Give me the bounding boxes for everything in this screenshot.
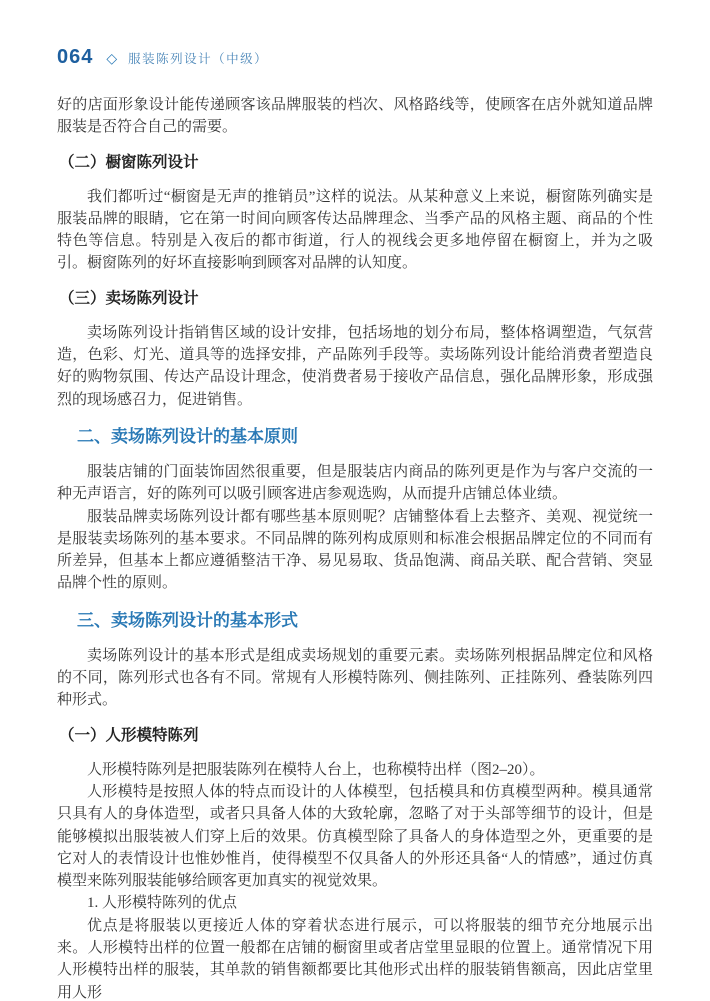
- sub-heading: （三）卖场陈列设计: [57, 288, 653, 309]
- section-heading: 三、卖场陈列设计的基本形式: [57, 609, 653, 632]
- body-paragraph: 服装店铺的门面装饰固然很重要，但是服装店内商品的陈列更是作为与客户交流的一种无声…: [57, 461, 653, 506]
- diamond-icon: ◇: [106, 51, 117, 65]
- body-paragraph: 服装品牌卖场陈列设计都有哪些基本原则呢？店铺整体看上去整齐、美观、视觉统一是服装…: [57, 506, 653, 595]
- body-paragraph: 好的店面形象设计能传递顾客该品牌服装的档次、风格路线等，使顾客在店外就知道品牌服…: [57, 94, 653, 139]
- sub-heading: （一）人形模特陈列: [57, 725, 653, 746]
- book-title: 服装陈列设计（中级）: [128, 49, 268, 67]
- body-paragraph: 优点是将服装以更接近人体的穿着状态进行展示，可以将服装的细节充分地展示出来。人形…: [57, 915, 653, 1001]
- numbered-heading: 1. 人形模特陈列的优点: [57, 892, 653, 914]
- book-page: 064 ◇ 服装陈列设计（中级） 好的店面形象设计能传递顾客该品牌服装的档次、风…: [0, 0, 710, 1001]
- body-paragraph: 人形模特陈列是把服装陈列在模特人台上，也称模特出样（图2–20）。: [57, 759, 653, 781]
- sub-heading: （二）橱窗陈列设计: [57, 152, 653, 173]
- body-paragraph: 卖场陈列设计的基本形式是组成卖场规划的重要元素。卖场陈列根据品牌定位和风格的不同…: [57, 645, 653, 712]
- body-paragraph: 我们都听过“橱窗是无声的推销员”这样的说法。从某种意义上来说，橱窗陈列确实是服装…: [57, 186, 653, 275]
- page-header: 064 ◇ 服装陈列设计（中级）: [57, 46, 653, 69]
- section-heading: 二、卖场陈列设计的基本原则: [57, 425, 653, 448]
- page-content: 好的店面形象设计能传递顾客该品牌服装的档次、风格路线等，使顾客在店外就知道品牌服…: [57, 94, 653, 1001]
- body-paragraph: 卖场陈列设计指销售区域的设计安排，包括场地的划分布局，整体格调塑造，气氛营造，色…: [57, 322, 653, 411]
- page-number: 064: [57, 46, 93, 69]
- body-paragraph: 人形模特是按照人体的特点而设计的人体模型，包括模具和仿真模型两种。模具通常只具有…: [57, 781, 653, 892]
